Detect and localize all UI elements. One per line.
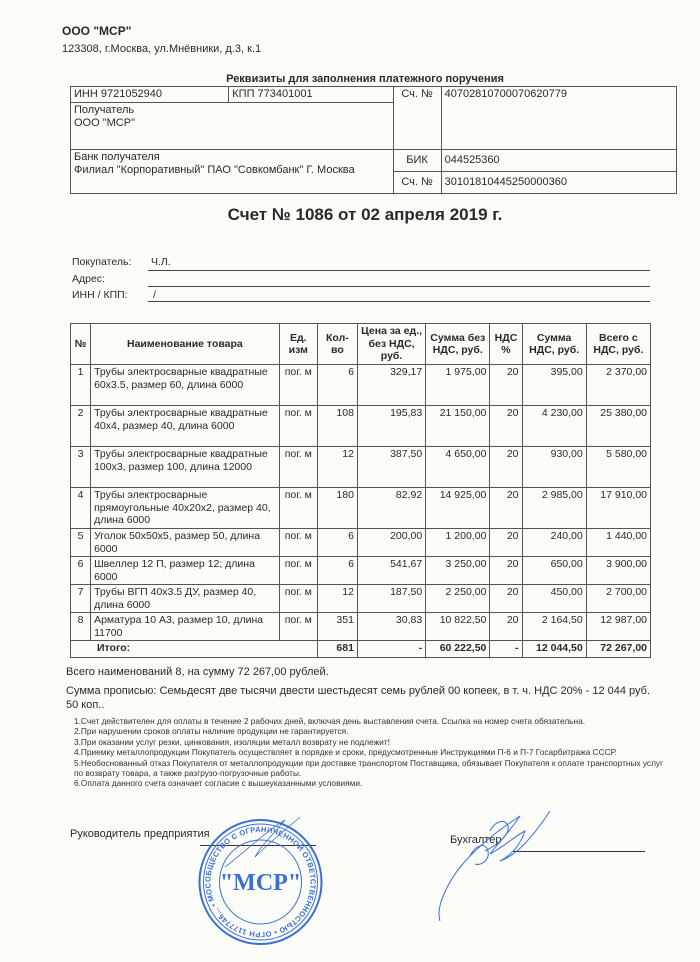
- table-row: 1Трубы электросварные квадратные 60х3.5,…: [71, 365, 651, 406]
- condition-item: 6.Оплата данного счета означает согласие…: [74, 778, 664, 788]
- row-name: Швеллер 12 П, размер 12; длина 6000: [91, 557, 280, 585]
- row-price: 541,67: [357, 557, 425, 585]
- inn-kpp-value: /: [153, 289, 156, 301]
- row-name: Уголок 50х50х5, размер 50, длина 6000: [91, 529, 280, 557]
- inn-kpp-underline: [148, 301, 650, 302]
- row-number: 2: [71, 406, 91, 447]
- table-row: 8Арматура 10 А3, размер 10, длина 11700п…: [71, 613, 651, 641]
- row-vat-rate: 20: [490, 613, 522, 641]
- summary-count: Всего наименований 8, на сумму 72 267,00…: [66, 666, 329, 678]
- row-vat-rate: 20: [490, 488, 522, 529]
- row-sum: 2 250,00: [426, 585, 490, 613]
- row-name: Трубы ВГП 40х3.5 ДУ, размер 40, длина 60…: [91, 585, 280, 613]
- row-vat-rate: 20: [490, 406, 522, 447]
- table-row: 4Трубы электросварные прямоугольные 40х2…: [71, 488, 651, 529]
- col-header-sum: Сумма без НДС, руб.: [426, 324, 490, 365]
- condition-item: 5.Необоснованный отказ Покупателя от мет…: [74, 758, 664, 779]
- row-sum: 10 822,50: [426, 613, 490, 641]
- total-sum: 60 222,50: [426, 641, 490, 658]
- bank-name: Филиал "Корпоративный" ПАО "Совкомбанк" …: [74, 164, 390, 177]
- col-header-vat-rate: НДС %: [490, 324, 522, 365]
- row-total: 5 580,00: [586, 447, 650, 488]
- col-header-price: Цена за ед., без НДС, руб.: [357, 324, 425, 365]
- condition-item: 1.Счет действителен для оплаты в течение…: [74, 716, 664, 726]
- director-label: Руководитель предприятия: [70, 828, 210, 840]
- row-vat-rate: 20: [490, 365, 522, 406]
- row-total: 2 700,00: [586, 585, 650, 613]
- row-number: 1: [71, 365, 91, 406]
- total-price: -: [357, 641, 425, 658]
- total-vat-rate: -: [490, 641, 522, 658]
- row-vat-rate: 20: [490, 557, 522, 585]
- conditions-list: 1.Счет действителен для оплаты в течение…: [74, 716, 664, 789]
- buyer-underline: [148, 270, 650, 271]
- row-sum: 1 975,00: [426, 365, 490, 406]
- col-header-number: №: [71, 324, 91, 365]
- total-vat-sum: 12 044,50: [522, 641, 586, 658]
- row-unit: пог. м: [279, 406, 317, 447]
- bank-requisites-table: ИНН 9721052940 КПП 773401001 Сч. № 40702…: [70, 86, 677, 194]
- row-total: 2 370,00: [586, 365, 650, 406]
- total-total: 72 267,00: [586, 641, 650, 658]
- col-header-name: Наименование товара: [91, 324, 280, 365]
- kpp-cell: КПП 773401001: [229, 87, 393, 103]
- row-total: 12 987,00: [586, 613, 650, 641]
- total-qty: 681: [317, 641, 357, 658]
- supplier-address: 123308, г.Москва, ул.Мнёвники, д.3, к.1: [62, 43, 261, 55]
- row-qty: 108: [317, 406, 357, 447]
- row-qty: 180: [317, 488, 357, 529]
- row-qty: 6: [317, 557, 357, 585]
- row-price: 82,92: [357, 488, 425, 529]
- row-vat-sum: 2 164,50: [522, 613, 586, 641]
- row-vat-sum: 4 230,00: [522, 406, 586, 447]
- row-total: 25 380,00: [586, 406, 650, 447]
- col-header-vat-sum: Сумма НДС, руб.: [522, 324, 586, 365]
- row-price: 187,50: [357, 585, 425, 613]
- stamp-center-text: "МСР": [220, 870, 301, 896]
- condition-item: 2.При нарушении сроков оплаты наличие пр…: [74, 726, 664, 736]
- row-vat-sum: 650,00: [522, 557, 586, 585]
- row-unit: пог. м: [279, 365, 317, 406]
- inn-kpp-label: ИНН / КПП:: [72, 289, 147, 301]
- buyer-value: Ч.Л.: [151, 256, 171, 268]
- row-price: 200,00: [357, 529, 425, 557]
- row-unit: пог. м: [279, 585, 317, 613]
- col-header-unit: Ед. изм: [279, 324, 317, 365]
- row-sum: 4 650,00: [426, 447, 490, 488]
- row-qty: 12: [317, 585, 357, 613]
- row-unit: пог. м: [279, 488, 317, 529]
- col-header-total: Всего с НДС, руб.: [586, 324, 650, 365]
- row-price: 387,50: [357, 447, 425, 488]
- row-unit: пог. м: [279, 557, 317, 585]
- table-row: 6Швеллер 12 П, размер 12; длина 6000пог.…: [71, 557, 651, 585]
- requisites-title: Реквизиты для заполнения платежного пору…: [60, 73, 670, 85]
- director-signature: [215, 812, 315, 872]
- table-row: 7Трубы ВГП 40х3.5 ДУ, размер 40, длина 6…: [71, 585, 651, 613]
- row-price: 30,83: [357, 613, 425, 641]
- summary-in-words: Сумма прописью: Семьдесят две тысячи две…: [66, 684, 656, 712]
- row-name: Трубы электросварные прямоугольные 40х20…: [91, 488, 280, 529]
- row-sum: 1 200,00: [426, 529, 490, 557]
- corr-account-value: 30101810445250000360: [441, 172, 676, 194]
- items-header-row: № Наименование товара Ед. изм Кол-во Цен…: [71, 324, 651, 365]
- row-name: Трубы электросварные квадратные 40х4, ра…: [91, 406, 280, 447]
- col-header-qty: Кол-во: [317, 324, 357, 365]
- row-sum: 14 925,00: [426, 488, 490, 529]
- row-vat-rate: 20: [490, 447, 522, 488]
- row-qty: 6: [317, 529, 357, 557]
- row-number: 8: [71, 613, 91, 641]
- table-row: 2Трубы электросварные квадратные 40х4, р…: [71, 406, 651, 447]
- bik-label: БИК: [393, 150, 441, 172]
- row-total: 3 900,00: [586, 557, 650, 585]
- row-sum: 3 250,00: [426, 557, 490, 585]
- row-total: 17 910,00: [586, 488, 650, 529]
- condition-item: 3.При оказании услуг резки, цинкования, …: [74, 737, 664, 747]
- account-label: Сч. №: [393, 87, 441, 150]
- row-price: 329,17: [357, 365, 425, 406]
- address-underline: [148, 286, 650, 287]
- row-number: 4: [71, 488, 91, 529]
- invoice-title: Счет № 1086 от 02 апреля 2019 г.: [60, 205, 670, 225]
- row-vat-rate: 20: [490, 529, 522, 557]
- row-price: 195,83: [357, 406, 425, 447]
- row-qty: 351: [317, 613, 357, 641]
- row-vat-sum: 450,00: [522, 585, 586, 613]
- row-number: 7: [71, 585, 91, 613]
- buyer-row: Покупатель:Ч.Л.: [72, 256, 171, 268]
- row-name: Арматура 10 А3, размер 10, длина 11700: [91, 613, 280, 641]
- row-vat-rate: 20: [490, 585, 522, 613]
- accountant-signature: [430, 806, 555, 926]
- row-vat-sum: 930,00: [522, 447, 586, 488]
- address-row: Адрес:: [72, 273, 147, 285]
- inn-cell: ИНН 9721052940: [71, 87, 229, 103]
- row-unit: пог. м: [279, 529, 317, 557]
- items-table: № Наименование товара Ед. изм Кол-во Цен…: [70, 323, 651, 658]
- corr-account-label: Сч. №: [393, 172, 441, 194]
- condition-item: 4.Приемку металлопродукции Покупатель ос…: [74, 747, 664, 757]
- bank-cell: Банк получателя Филиал "Корпоративный" П…: [71, 150, 394, 194]
- row-qty: 6: [317, 365, 357, 406]
- recipient-label: Получатель: [74, 104, 390, 117]
- address-label: Адрес:: [72, 273, 147, 285]
- row-name: Трубы электросварные квадратные 100х3, р…: [91, 447, 280, 488]
- row-qty: 12: [317, 447, 357, 488]
- supplier-name: ООО "МСР": [62, 24, 131, 38]
- buyer-label: Покупатель:: [72, 256, 147, 268]
- bank-label: Банк получателя: [74, 151, 390, 164]
- row-number: 3: [71, 447, 91, 488]
- row-name: Трубы электросварные квадратные 60х3.5, …: [91, 365, 280, 406]
- table-row: 5Уголок 50х50х5, размер 50, длина 6000по…: [71, 529, 651, 557]
- account-value: 40702810700070620779: [441, 87, 676, 150]
- total-row: Итого:681-60 222,50-12 044,5072 267,00: [71, 641, 651, 658]
- total-label: Итого:: [71, 641, 318, 658]
- row-total: 1 440,00: [586, 529, 650, 557]
- recipient-name: ООО "МСР": [74, 117, 390, 130]
- row-sum: 21 150,00: [426, 406, 490, 447]
- row-number: 5: [71, 529, 91, 557]
- row-vat-sum: 240,00: [522, 529, 586, 557]
- row-unit: пог. м: [279, 613, 317, 641]
- inn-kpp-row: ИНН / КПП:/: [72, 289, 156, 301]
- bik-value: 044525360: [441, 150, 676, 172]
- row-vat-sum: 2 985,00: [522, 488, 586, 529]
- row-number: 6: [71, 557, 91, 585]
- recipient-cell: Получатель ООО "МСР": [71, 103, 394, 150]
- row-unit: пог. м: [279, 447, 317, 488]
- row-vat-sum: 395,00: [522, 365, 586, 406]
- table-row: 3Трубы электросварные квадратные 100х3, …: [71, 447, 651, 488]
